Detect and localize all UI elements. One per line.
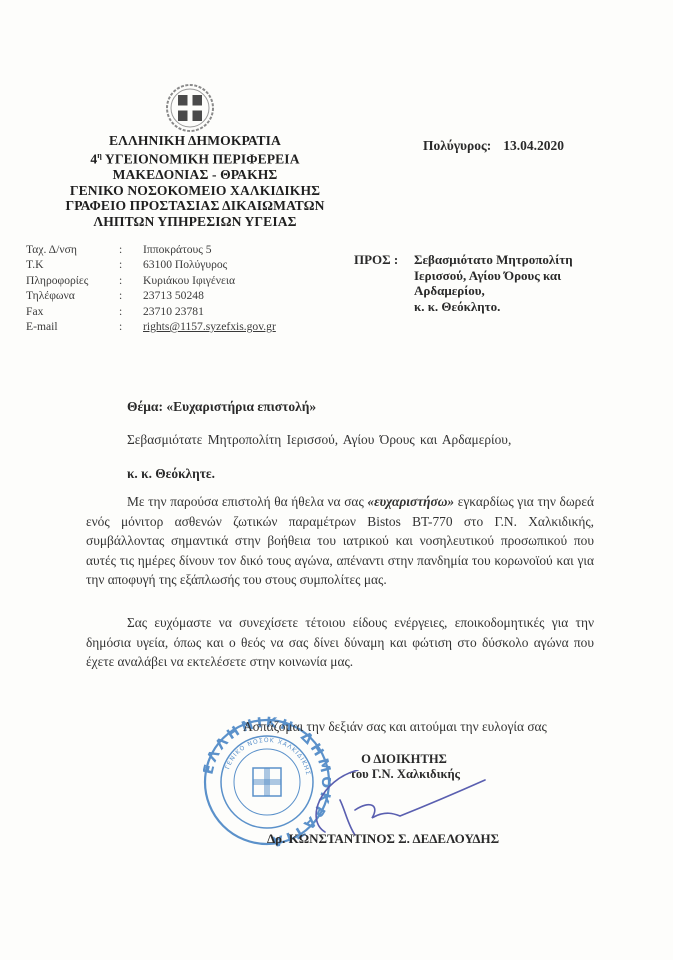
header-line-3: ΜΑΚΕΔΟΝΙΑΣ - ΘΡΑΚΗΣ [60, 167, 330, 182]
header-line-6: ΛΗΠΤΩΝ ΥΠΗΡΕΣΙΩΝ ΥΓΕΙΑΣ [60, 214, 330, 229]
contact-details: Ταχ. Δ/νση : Ιπποκράτους 5 Τ.Κ : 63100 Π… [26, 242, 276, 334]
contact-row-postcode: Τ.Κ : 63100 Πολύγυρος [26, 257, 276, 272]
place-label: Πολύγυρος: [423, 138, 491, 153]
emphasis-thanks: «ευχαριστήσω» [367, 494, 454, 509]
letter-date: 13.04.2020 [503, 138, 564, 153]
contact-row-phone: Τηλέφωνα : 23713 50248 [26, 288, 276, 303]
addressee-name: κ. κ. Θεόκλητε. [127, 466, 215, 482]
body-paragraph-2: Σας ευχόμαστε να συνεχίσετε τέτοιου είδο… [86, 613, 594, 672]
contact-row-email: E-mail : rights@1157.syzefxis.gov.gr [26, 319, 276, 334]
signatory-title: Ο ΔΙΟΙΚΗΤΗΣ [350, 752, 458, 767]
contact-row-address: Ταχ. Δ/νση : Ιπποκράτους 5 [26, 242, 276, 257]
email-link[interactable]: rights@1157.syzefxis.gov.gr [143, 319, 276, 334]
greek-coat-of-arms-icon [164, 82, 216, 134]
recipient-label: ΠΡΟΣ : [354, 252, 414, 314]
subject-line: Θέμα: «Ευχαριστήρια επιστολή» [127, 399, 316, 415]
closing-greeting: Ασπάζομαι την δεξιάν σας και αιτούμαι τη… [243, 719, 547, 735]
body-paragraph-1: Με την παρούσα επιστολή θα ήθελα να σας … [86, 492, 594, 590]
contact-row-info: Πληροφορίες : Κυριάκου Ιφιγένεια [26, 273, 276, 288]
recipient-lines: Σεβασμιότατο Μητροπολίτη Ιερισσού, Αγίου… [414, 252, 664, 314]
letter-page: ΕΛΛΗΝΙΚΗ ΔΗΜΟΚΡΑΤΙΑ 4η ΥΓΕΙΟΝΟΜΙΚΗ ΠΕΡΙΦ… [0, 0, 673, 960]
header-line-2: 4η ΥΓΕΙΟΝΟΜΙΚΗ ΠΕΡΙΦΕΡΕΙΑ [60, 148, 330, 167]
recipient-block: ΠΡΟΣ : Σεβασμιότατο Μητροπολίτη Ιερισσού… [354, 252, 664, 314]
contact-row-fax: Fax : 23710 23781 [26, 304, 276, 319]
signatory-name: Δρ. ΚΩΝΣΤΑΝΤΙΝΟΣ Σ. ΔΕΔΕΛΟΥΔΗΣ [267, 831, 499, 847]
header-line-1: ΕΛΛΗΝΙΚΗ ΔΗΜΟΚΡΑΤΙΑ [60, 133, 330, 148]
place-date: Πολύγυρος:13.04.2020 [423, 138, 564, 154]
handwritten-signature-icon [300, 770, 490, 840]
issuer-header: ΕΛΛΗΝΙΚΗ ΔΗΜΟΚΡΑΤΙΑ 4η ΥΓΕΙΟΝΟΜΙΚΗ ΠΕΡΙΦ… [60, 133, 330, 229]
salutation: Σεβασμιότατε Μητροπολίτη Ιερισσού, Αγίου… [127, 432, 511, 448]
header-line-4: ΓΕΝΙΚΟ ΝΟΣΟΚΟΜΕΙΟ ΧΑΛΚΙΔΙΚΗΣ [60, 183, 330, 198]
header-line-5: ΓΡΑΦΕΙΟ ΠΡΟΣΤΑΣΙΑΣ ΔΙΚΑΙΩΜΑΤΩΝ [60, 198, 330, 213]
